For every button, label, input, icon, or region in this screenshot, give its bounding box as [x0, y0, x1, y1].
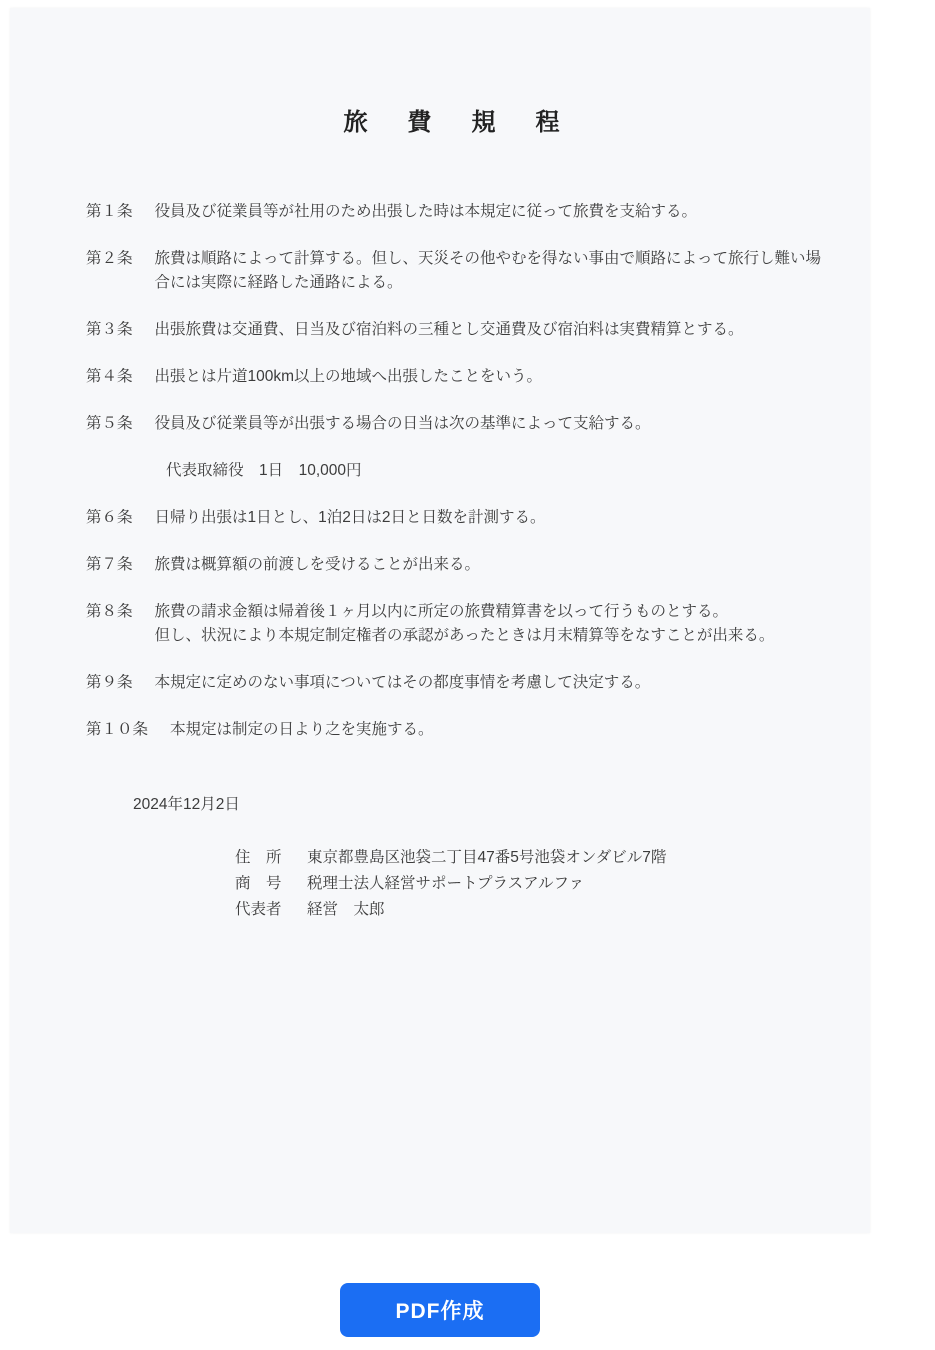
- signature-block: 住 所 東京都豊島区池袋二丁目47番5号池袋オンダビル7階 商 号 税理士法人経…: [235, 845, 825, 923]
- document-date: 2024年12月2日: [133, 793, 825, 817]
- article-row: 第１０条 本規定は制定の日より之を実施する。: [86, 718, 825, 742]
- article-text: 旅費は概算額の前渡しを受けることが出来る。: [155, 553, 481, 577]
- signature-value: 経営 太郎: [307, 897, 385, 923]
- signature-row: 住 所 東京都豊島区池袋二丁目47番5号池袋オンダビル7階: [235, 845, 825, 871]
- article-row: 第３条 出張旅費は交通費、日当及び宿泊料の三種とし交通費及び宿泊料は実費精算とす…: [86, 318, 825, 342]
- article-text: 旅費は順路によって計算する。但し、天災その他やむを得ない事由で順路によって旅行し…: [155, 247, 825, 295]
- article-row: 第４条 出張とは片道100km以上の地域へ出張したことをいう。: [86, 365, 825, 389]
- article-number: 第１条: [86, 200, 133, 224]
- signature-label: 住 所: [235, 845, 283, 871]
- article-row: 第５条 役員及び従業員等が出張する場合の日当は次の基準によって支給する。: [86, 412, 825, 436]
- signature-value: 税理士法人経営サポートプラスアルファ: [307, 871, 584, 897]
- article-number: 第３条: [86, 318, 133, 342]
- article-text: 出張とは片道100km以上の地域へ出張したことをいう。: [155, 365, 543, 389]
- article-text: 旅費の請求金額は帰着後１ヶ月以内に所定の旅費精算書を以って行うものとする。 但し…: [155, 600, 775, 648]
- article-number: 第２条: [86, 247, 133, 295]
- article-text: 出張旅費は交通費、日当及び宿泊料の三種とし交通費及び宿泊料は実費精算とする。: [155, 318, 744, 342]
- document-panel: 旅 費 規 程 第１条 役員及び従業員等が社用のため出張した時は本規定に従って旅…: [10, 8, 870, 1233]
- article-text: 本規定に定めのない事項についてはその都度事情を考慮して決定する。: [155, 671, 651, 695]
- article-number: 第７条: [86, 553, 133, 577]
- article-row: 代表取締役 1日 10,000円: [86, 459, 825, 483]
- pdf-create-button[interactable]: PDF作成: [340, 1283, 540, 1337]
- signature-row: 商 号 税理士法人経営サポートプラスアルファ: [235, 871, 825, 897]
- actions-bar: PDF作成: [10, 1283, 870, 1337]
- articles-list: 第１条 役員及び従業員等が社用のため出張した時は本規定に従って旅費を支給する。 …: [86, 200, 825, 742]
- article-text: 役員及び従業員等が社用のため出張した時は本規定に従って旅費を支給する。: [155, 200, 698, 224]
- article-number: 第９条: [86, 671, 133, 695]
- page: 旅 費 規 程 第１条 役員及び従業員等が社用のため出張した時は本規定に従って旅…: [0, 0, 935, 1350]
- signature-row: 代表者 経営 太郎: [235, 897, 825, 923]
- article-number: 第１０条: [86, 718, 148, 742]
- document-title: 旅 費 規 程: [86, 108, 825, 138]
- article-row: 第６条 日帰り出張は1日とし、1泊2日は2日と日数を計測する。: [86, 506, 825, 530]
- article-number: [86, 459, 132, 483]
- article-text: 日帰り出張は1日とし、1泊2日は2日と日数を計測する。: [155, 506, 546, 530]
- article-number: 第６条: [86, 506, 133, 530]
- article-text: 代表取締役 1日 10,000円: [154, 459, 362, 483]
- article-row: 第１条 役員及び従業員等が社用のため出張した時は本規定に従って旅費を支給する。: [86, 200, 825, 224]
- article-row: 第８条 旅費の請求金額は帰着後１ヶ月以内に所定の旅費精算書を以って行うものとする…: [86, 600, 825, 648]
- article-number: 第５条: [86, 412, 133, 436]
- article-text: 本規定は制定の日より之を実施する。: [170, 718, 434, 742]
- signature-label: 代表者: [235, 897, 283, 923]
- article-number: 第４条: [86, 365, 133, 389]
- article-text: 役員及び従業員等が出張する場合の日当は次の基準によって支給する。: [155, 412, 651, 436]
- article-number: 第８条: [86, 600, 133, 648]
- article-row: 第２条 旅費は順路によって計算する。但し、天災その他やむを得ない事由で順路によっ…: [86, 247, 825, 295]
- article-row: 第７条 旅費は概算額の前渡しを受けることが出来る。: [86, 553, 825, 577]
- article-row: 第９条 本規定に定めのない事項についてはその都度事情を考慮して決定する。: [86, 671, 825, 695]
- signature-label: 商 号: [235, 871, 283, 897]
- signature-value: 東京都豊島区池袋二丁目47番5号池袋オンダビル7階: [307, 845, 666, 871]
